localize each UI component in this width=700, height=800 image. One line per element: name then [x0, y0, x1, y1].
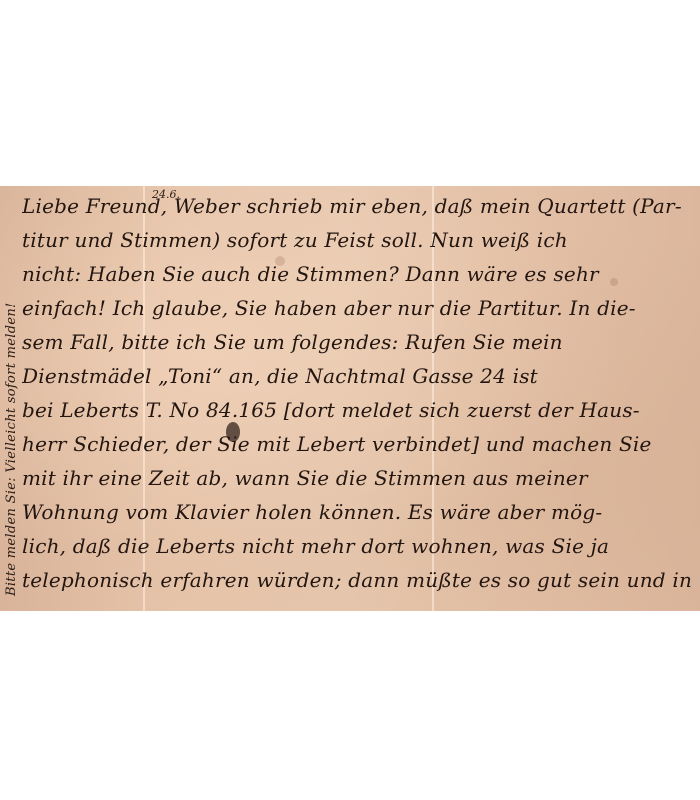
letter-line: Wohnung vom Klavier holen können. Es wär…	[22, 500, 696, 534]
letter-line: bei Leberts T. No 84.165 [dort meldet si…	[22, 398, 696, 432]
letter-line: sem Fall, bitte ich Sie um folgendes: Ru…	[22, 330, 696, 364]
letter-line: lich, daß die Leberts nicht mehr dort wo…	[22, 534, 696, 568]
letter-line: telephonisch erfahren würden; dann müßte…	[22, 568, 696, 602]
letter-line: Dienstmädel „Toni“ an, die Nachtmal Gass…	[22, 364, 696, 398]
letter-line: titur und Stimmen) sofort zu Feist soll.…	[22, 228, 696, 262]
letter-line: herr Schieder, der Sie mit Lebert verbin…	[22, 432, 696, 466]
letter-line: nicht: Haben Sie auch die Stimmen? Dann …	[22, 262, 696, 296]
letter-line: Liebe Freund, Weber schrieb mir eben, da…	[22, 194, 696, 228]
letter-line: einfach! Ich glaube, Sie haben aber nur …	[22, 296, 696, 330]
letter-paper: 24.6. Bitte melden Sie: Vielleicht sofor…	[0, 186, 700, 611]
letter-line: mit ihr eine Zeit ab, wann Sie die Stimm…	[22, 466, 696, 500]
